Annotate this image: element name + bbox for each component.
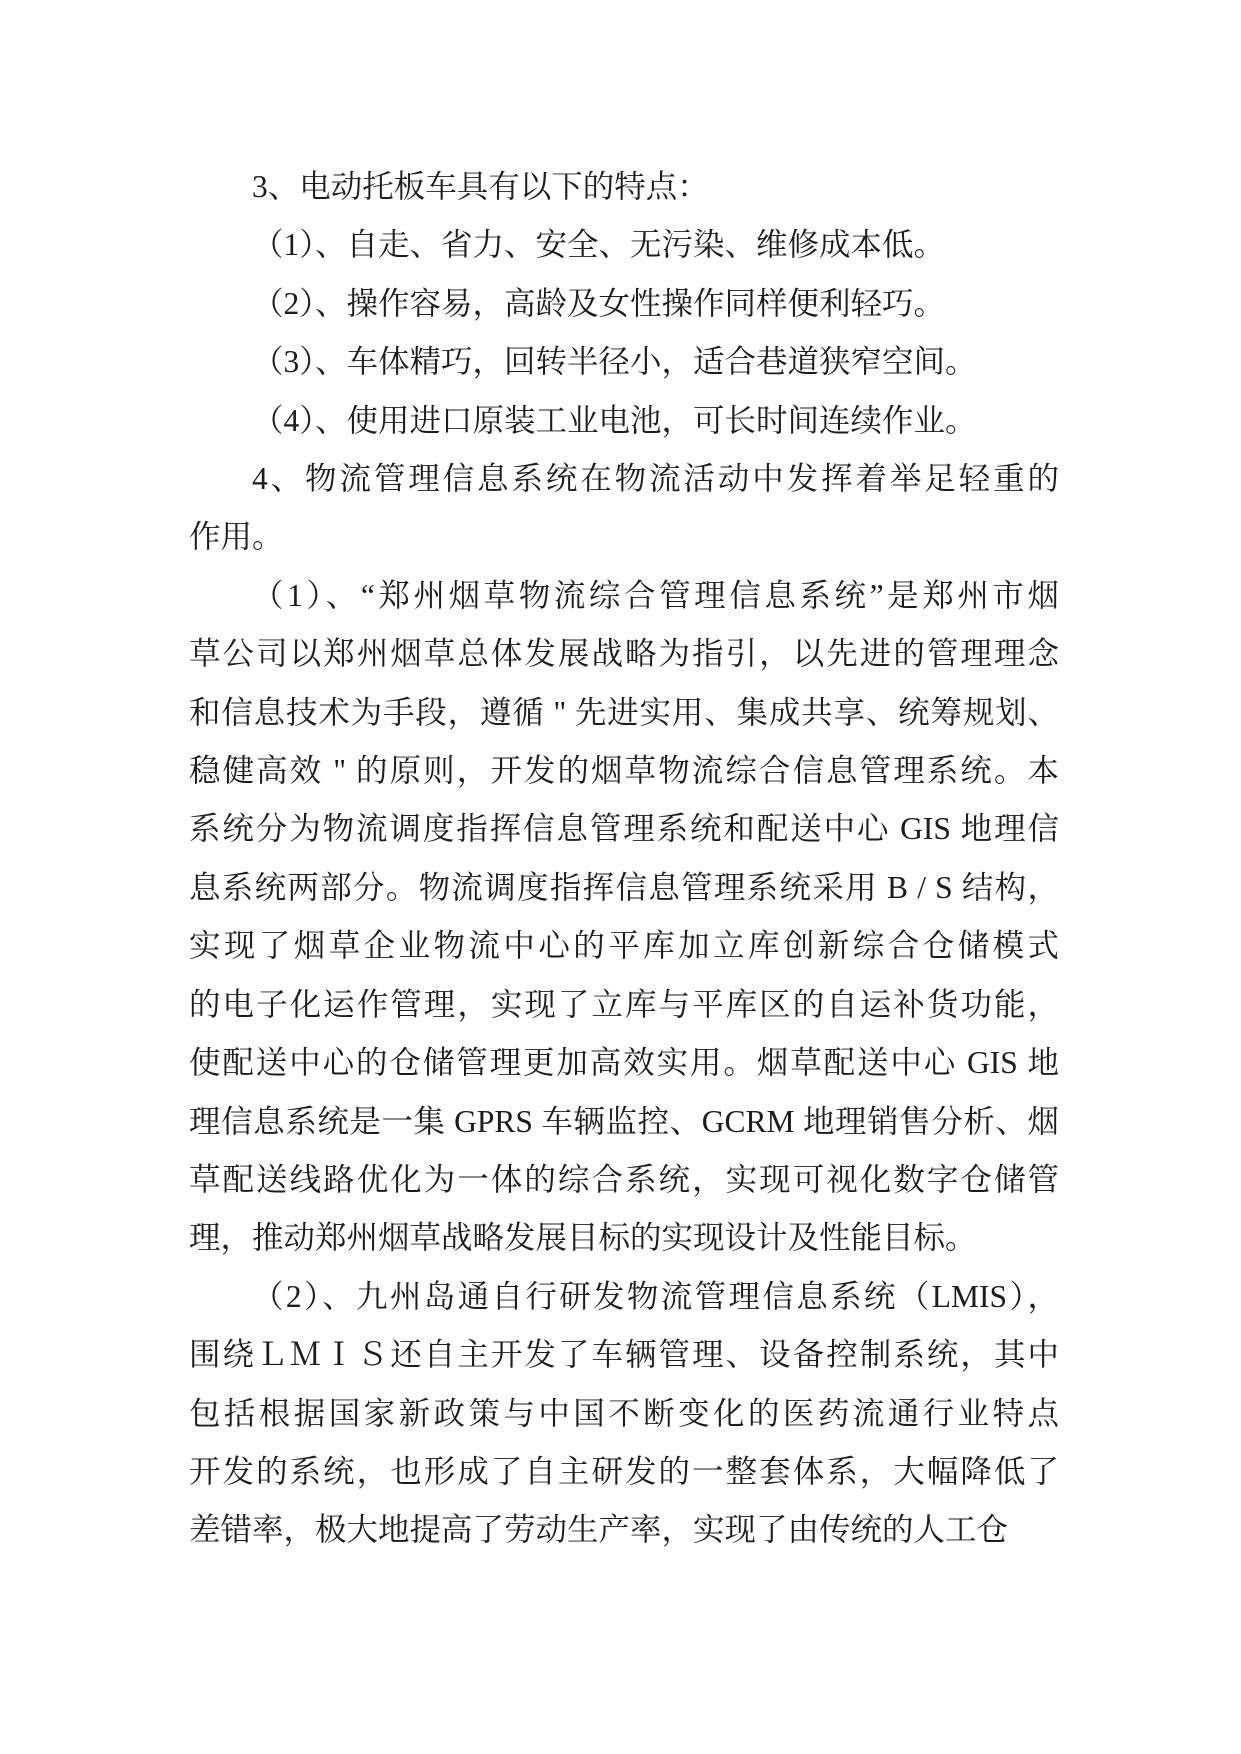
text-line: 理信息系统是一集 GPRS 车辆监控、GCRM 地理销售分析、烟 [189, 1093, 1059, 1151]
text-line: （1）、“郑州烟草物流综合管理信息系统”是郑州市烟 [189, 567, 1059, 625]
paragraph: （4）、使用进口原装工业电池，可长时间连续作业。 [189, 392, 1059, 450]
text-line: 的电子化运作管理，实现了立库与平库区的自运补货功能， [189, 976, 1059, 1034]
text-line: 围绕ＬＭＩＳ还自主开发了车辆管理、设备控制系统，其中 [189, 1326, 1059, 1384]
text-line: 稳健高效 " 的原则，开发的烟草物流综合信息管理系统。本 [189, 742, 1059, 800]
text-line: 差错率，极大地提高了劳动生产率，实现了由传统的人工仓 [189, 1501, 1059, 1559]
text-line: 草配送线路优化为一体的综合系统，实现可视化数字仓储管 [189, 1151, 1059, 1209]
text-line: 开发的系统，也形成了自主研发的一整套体系，大幅降低了 [189, 1443, 1059, 1501]
text-line: （2）、操作容易，高龄及女性操作同样便利轻巧。 [189, 275, 1059, 333]
text-line: （1）、自走、省力、安全、无污染、维修成本低。 [189, 216, 1059, 274]
text-line: 4、物流管理信息系统在物流活动中发挥着举足轻重的 [189, 450, 1059, 508]
paragraph: （1）、自走、省力、安全、无污染、维修成本低。 [189, 216, 1059, 274]
text-line: 理，推动郑州烟草战略发展目标的实现设计及性能目标。 [189, 1209, 1059, 1267]
paragraph: （3）、车体精巧，回转半径小，适合巷道狭窄空间。 [189, 333, 1059, 391]
text-line: 和信息技术为手段，遵循 " 先进实用、集成共享、统筹规划、 [189, 684, 1059, 742]
text-line: 包括根据国家新政策与中国不断变化的医药流通行业特点 [189, 1385, 1059, 1443]
text-line: 系统分为物流调度指挥信息管理系统和配送中心 GIS 地理信 [189, 800, 1059, 858]
text-line: 3、电动托板车具有以下的特点： [189, 158, 1059, 216]
document-body: 3、电动托板车具有以下的特点：（1）、自走、省力、安全、无污染、维修成本低。（2… [189, 158, 1059, 1560]
paragraph: （1）、“郑州烟草物流综合管理信息系统”是郑州市烟草公司以郑州烟草总体发展战略为… [189, 567, 1059, 1268]
text-line: 使配送中心的仓储管理更加高效实用。烟草配送中心 GIS 地 [189, 1034, 1059, 1092]
text-line: （4）、使用进口原装工业电池，可长时间连续作业。 [189, 392, 1059, 450]
paragraph: 3、电动托板车具有以下的特点： [189, 158, 1059, 216]
text-line: 作用。 [189, 508, 1059, 566]
text-line: （2）、九州岛通自行研发物流管理信息系统（LMIS）， [189, 1268, 1059, 1326]
text-line: （3）、车体精巧，回转半径小，适合巷道狭窄空间。 [189, 333, 1059, 391]
text-line: 实现了烟草企业物流中心的平库加立库创新综合仓储模式 [189, 917, 1059, 975]
paragraph: （2）、九州岛通自行研发物流管理信息系统（LMIS），围绕ＬＭＩＳ还自主开发了车… [189, 1268, 1059, 1560]
paragraph: （2）、操作容易，高龄及女性操作同样便利轻巧。 [189, 275, 1059, 333]
paragraph: 4、物流管理信息系统在物流活动中发挥着举足轻重的作用。 [189, 450, 1059, 567]
text-line: 息系统两部分。物流调度指挥信息管理系统采用 B / S 结构， [189, 859, 1059, 917]
text-line: 草公司以郑州烟草总体发展战略为指引，以先进的管理理念 [189, 625, 1059, 683]
document-page: 3、电动托板车具有以下的特点：（1）、自走、省力、安全、无污染、维修成本低。（2… [0, 0, 1241, 1754]
